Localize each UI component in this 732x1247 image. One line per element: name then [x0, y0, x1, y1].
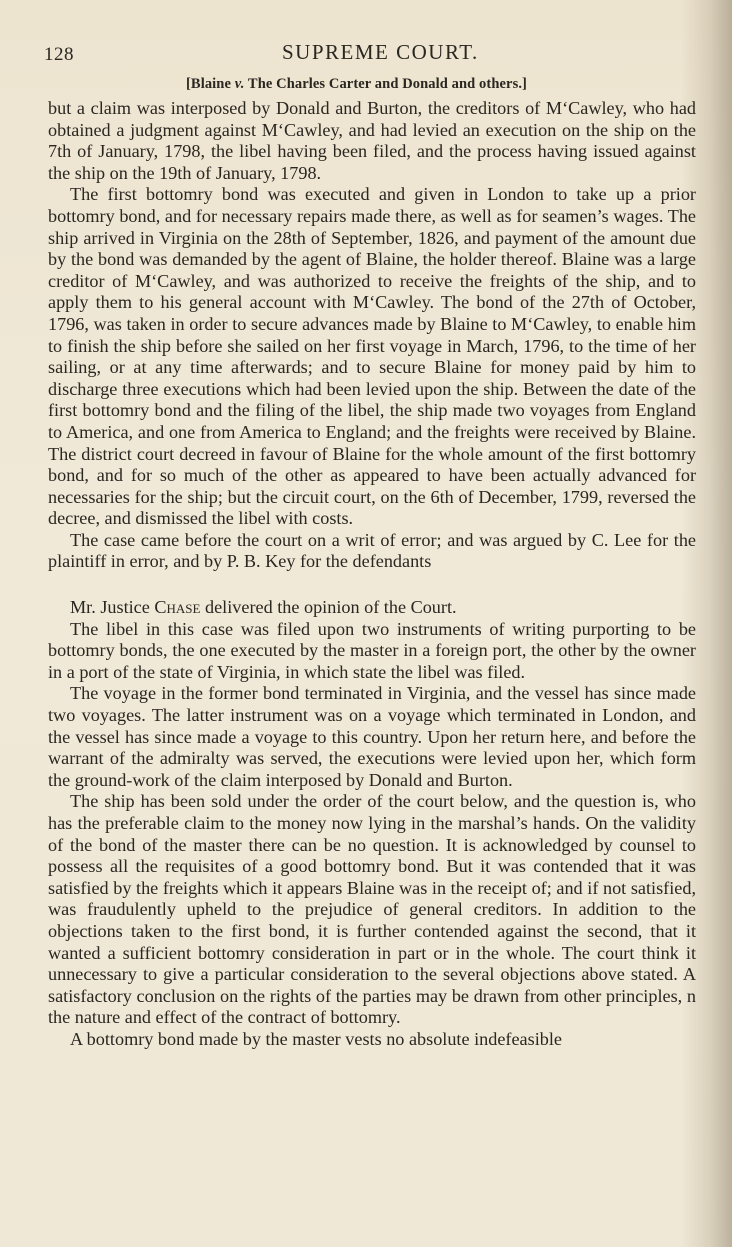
- opinion-prefix: Mr. Justice: [70, 597, 154, 617]
- paragraph-libel-filed: The libel in this case was filed upon tw…: [48, 619, 696, 684]
- opinion-suffix: delivered the opinion of the Court.: [200, 597, 456, 617]
- paragraph-ship-sold: The ship has been sold under the order o…: [48, 791, 696, 1029]
- paragraph-opinion-delivered: Mr. Justice Chase delivered the opinion …: [48, 597, 696, 619]
- case-caption-rest: The Charles Carter and Donald and others…: [244, 76, 527, 92]
- body-text: but a claim was interposed by Donald and…: [48, 98, 696, 1051]
- paragraph-case-argued: The case came before the court on a writ…: [48, 530, 696, 573]
- case-caption: [Blaine v. The Charles Carter and Donald…: [186, 76, 527, 93]
- case-caption-open: [Blaine: [186, 76, 235, 92]
- page-title: SUPREME COURT.: [282, 40, 479, 65]
- paragraph-first-bond: The first bottomry bond was executed and…: [48, 184, 696, 530]
- paragraph-voyage: The voyage in the former bond terminated…: [48, 683, 696, 791]
- case-caption-versus: v.: [235, 76, 245, 92]
- paragraph-facts-continued: but a claim was interposed by Donald and…: [48, 98, 696, 184]
- paragraph-bottomry-bond: A bottomry bond made by the master vests…: [48, 1029, 696, 1051]
- book-page: 128 SUPREME COURT. [Blaine v. The Charle…: [0, 0, 732, 1247]
- page-number: 128: [44, 44, 74, 66]
- running-head: 128 SUPREME COURT.: [44, 40, 694, 66]
- justice-name: Chase: [154, 597, 200, 617]
